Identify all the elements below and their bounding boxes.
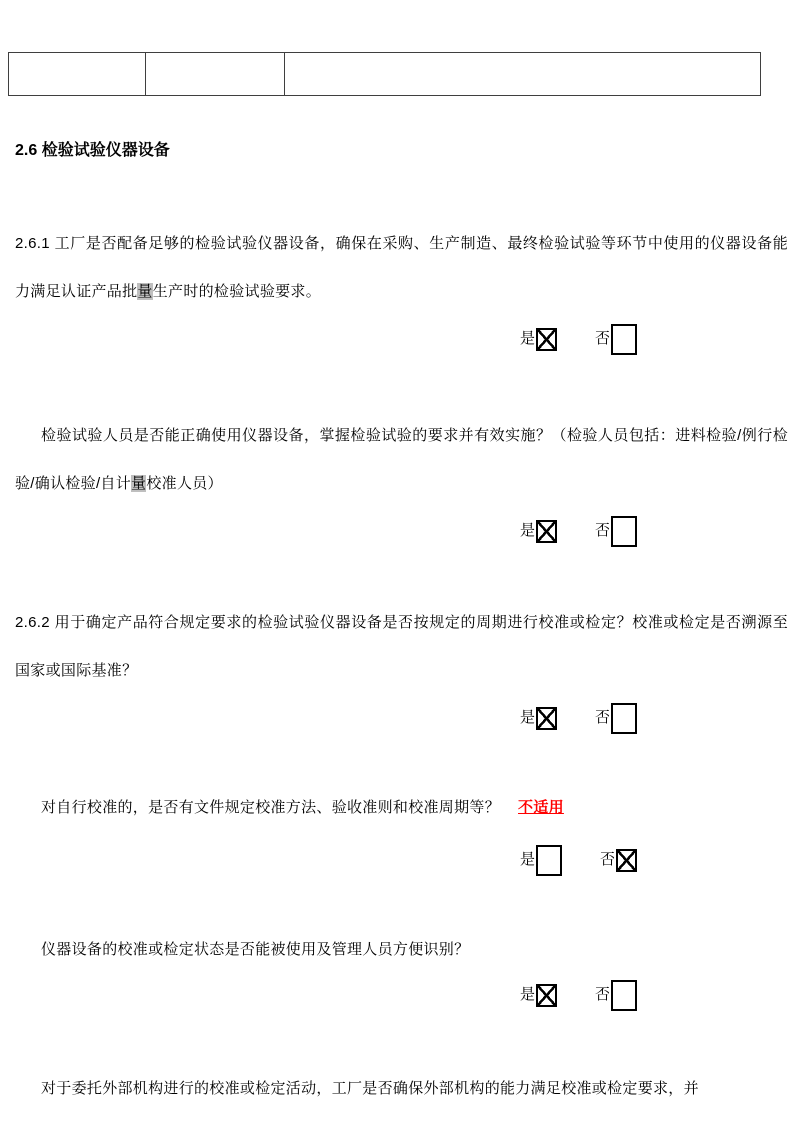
question-text: 2.6.2 用于确定产品符合规定要求的检验试验仪器设备是否按规定的周期进行校准或… xyxy=(15,614,788,679)
question-text: 仪器设备的校准或检定状态是否能被使用及管理人员方便识别？ xyxy=(41,941,469,958)
yes-checkbox[interactable] xyxy=(536,520,557,543)
section-heading: 2.6 检验试验仪器设备 xyxy=(15,142,790,160)
no-checkbox[interactable] xyxy=(611,703,637,734)
yes-label: 是 xyxy=(520,320,535,358)
table-cell xyxy=(285,53,761,96)
answer-row-personnel: 是 否 xyxy=(520,512,800,550)
highlighted-char: 量 xyxy=(137,283,152,300)
no-checkbox[interactable] xyxy=(611,516,637,547)
not-applicable-flag: 不适用 xyxy=(518,799,564,816)
yes-label: 是 xyxy=(520,841,535,879)
yes-label: 是 xyxy=(520,699,535,737)
yes-checkbox[interactable] xyxy=(536,707,557,730)
no-checkbox[interactable] xyxy=(616,849,637,872)
yes-checkbox[interactable] xyxy=(536,984,557,1007)
no-checkbox[interactable] xyxy=(611,980,637,1011)
question-2-6-1: 2.6.1 工厂是否配备足够的检验试验仪器设备，确保在采购、生产制造、最终检验试… xyxy=(15,220,788,316)
question-status-identification: 仪器设备的校准或检定状态是否能被使用及管理人员方便识别？ xyxy=(15,926,788,974)
no-label: 否 xyxy=(595,512,610,550)
answer-row-status-identification: 是 否 xyxy=(520,976,800,1014)
question-text: 对自行校准的，是否有文件规定校准方法、验收准则和校准周期等？ xyxy=(41,799,500,816)
answer-row-self-calibration: 是 否 xyxy=(520,841,800,879)
question-self-calibration: 对自行校准的，是否有文件规定校准方法、验收准则和校准周期等？不适用 xyxy=(15,784,788,832)
answer-row-2-6-2: 是 否 xyxy=(520,699,800,737)
question-2-6-2: 2.6.2 用于确定产品符合规定要求的检验试验仪器设备是否按规定的周期进行校准或… xyxy=(15,599,788,695)
top-table xyxy=(8,52,761,96)
table-cell xyxy=(146,53,285,96)
table-cell xyxy=(9,53,146,96)
no-label: 否 xyxy=(600,841,615,879)
no-label: 否 xyxy=(595,976,610,1014)
no-label: 否 xyxy=(595,320,610,358)
question-text: 2.6.1 工厂是否配备足够的检验试验仪器设备，确保在采购、生产制造、最终检验试… xyxy=(15,235,788,300)
answer-row-2-6-1: 是 否 xyxy=(520,320,800,358)
yes-label: 是 xyxy=(520,512,535,550)
question-external-calibration: 对于委托外部机构进行的校准或检定活动，工厂是否确保外部机构的能力满足校准或检定要… xyxy=(15,1065,788,1113)
question-text: 校准人员） xyxy=(146,475,223,492)
no-checkbox[interactable] xyxy=(611,324,637,355)
document-page: 2.6 检验试验仪器设备 2.6.1 工厂是否配备足够的检验试验仪器设备，确保在… xyxy=(0,0,800,1113)
highlighted-char: 量 xyxy=(131,475,146,492)
yes-label: 是 xyxy=(520,976,535,1014)
no-label: 否 xyxy=(595,699,610,737)
table-row xyxy=(9,53,761,96)
question-personnel: 检验试验人员是否能正确使用仪器设备，掌握检验试验的要求并有效实施？（检验人员包括… xyxy=(15,412,788,508)
question-text: 生产时的检验试验要求。 xyxy=(153,283,321,300)
question-text: 对于委托外部机构进行的校准或检定活动，工厂是否确保外部机构的能力满足校准或检定要… xyxy=(41,1080,699,1097)
yes-checkbox[interactable] xyxy=(536,845,562,876)
yes-checkbox[interactable] xyxy=(536,328,557,351)
